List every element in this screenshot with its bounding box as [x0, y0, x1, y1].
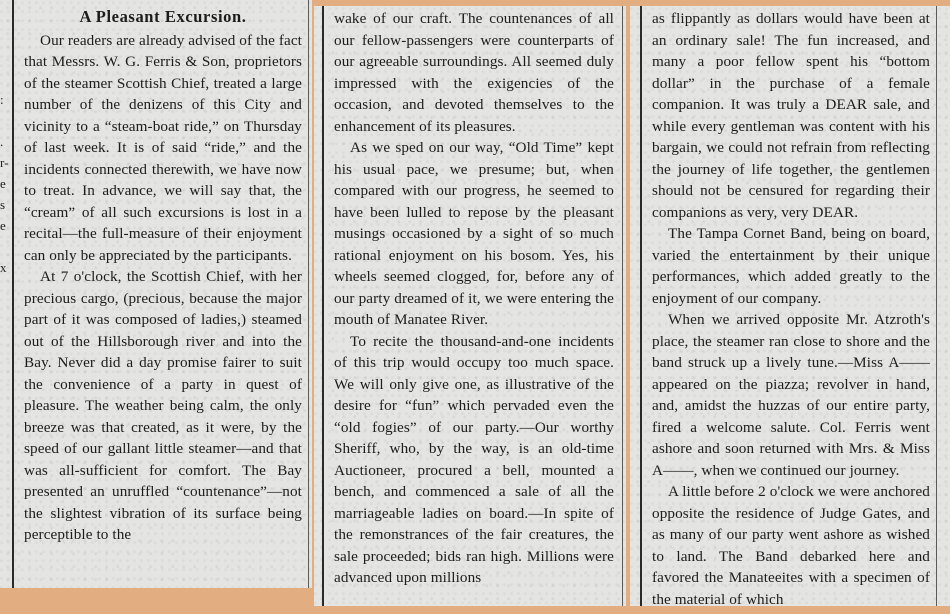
- newspaper-clipping-1: : . r- e s e x A Pleasant Excursion. Our…: [0, 0, 312, 588]
- article-column-1: A Pleasant Excursion. Our readers are al…: [14, 0, 308, 588]
- column-rule: [308, 0, 309, 588]
- paragraph: When we arrived opposite Mr. Atzroth's p…: [652, 309, 930, 481]
- paragraph: The Tampa Cornet Band, being on board, v…: [652, 223, 930, 309]
- paragraph: At 7 o'clock, the Scottish Chief, with h…: [24, 266, 302, 546]
- paragraph: as flippantly as dollars would have been…: [652, 8, 930, 223]
- column-rule: [936, 6, 937, 606]
- article-column-2: wake of our craft. The countenances of a…: [324, 8, 620, 606]
- article-column-3: as flippantly as dollars would have been…: [642, 8, 936, 606]
- paragraph: Our readers are already advised of the f…: [24, 30, 302, 267]
- paragraph: A little before 2 o'clock we were anchor…: [652, 481, 930, 606]
- article-title: A Pleasant Excursion.: [24, 6, 302, 28]
- paragraph: wake of our craft. The countenances of a…: [334, 8, 614, 137]
- newspaper-clipping-2: wake of our craft. The countenances of a…: [314, 6, 626, 606]
- paragraph: As we sped on our way, “Old Time” kept h…: [334, 137, 614, 331]
- newspaper-clipping-3: as flippantly as dollars would have been…: [630, 6, 950, 606]
- paragraph: To recite the thousand-and-one incidents…: [334, 331, 614, 589]
- column-rule: [622, 6, 623, 606]
